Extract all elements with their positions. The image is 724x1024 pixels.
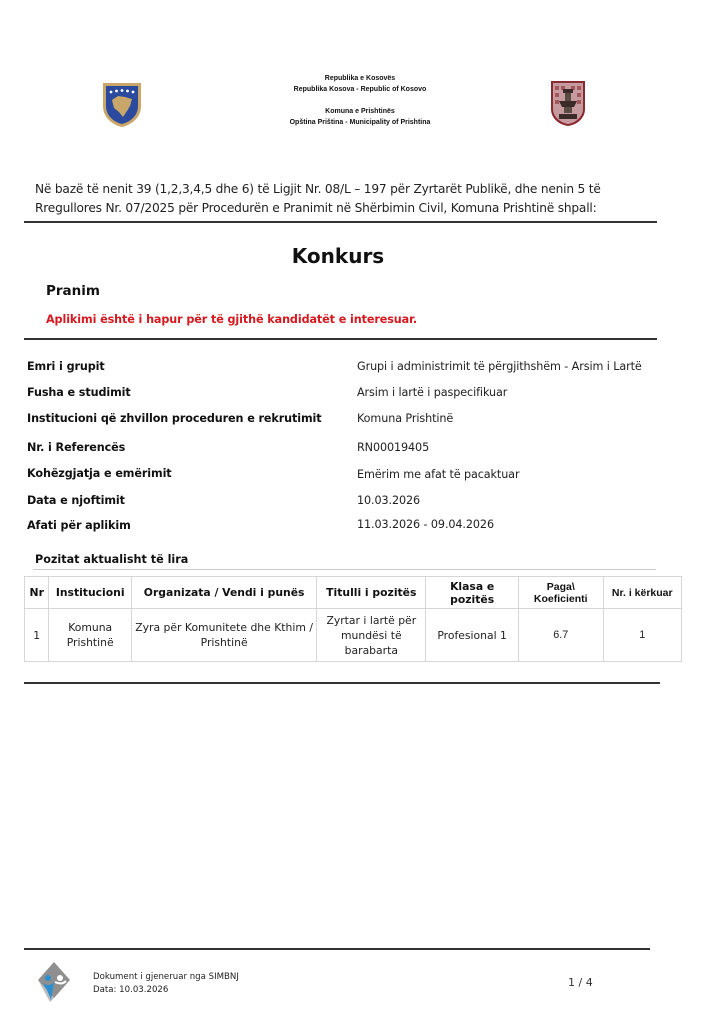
divider <box>33 569 656 570</box>
info-value-appointment-duration: Emërim me afat të pacaktuar <box>357 468 519 481</box>
info-label-application-deadline: Afati për aplikim <box>27 519 131 532</box>
cell-organization: Zyra për Komunitete dhe Kthim / Prishtin… <box>131 609 316 662</box>
column-header-required-count: Nr. i kërkuar <box>603 577 681 609</box>
info-label-appointment-duration: Kohëzgjatja e emërimit <box>27 467 172 480</box>
page-title: Konkurs <box>0 244 676 268</box>
column-header-salary-line2: Koeficienti <box>522 593 600 605</box>
cell-salary-coefficient: 6.7 <box>518 609 603 662</box>
footer-info: Dokument i gjeneruar nga SIMBNJ Data: 10… <box>93 971 239 997</box>
divider <box>24 682 660 684</box>
info-label-group-name: Emri i grupit <box>27 360 105 373</box>
simbnj-logo-icon <box>36 960 72 1004</box>
info-value-institution: Komuna Prishtinë <box>357 412 453 425</box>
info-value-announcement-date: 10.03.2026 <box>357 494 420 507</box>
divider <box>24 338 657 340</box>
document-header: Republika e Kosovës Republika Kosova - R… <box>230 74 490 128</box>
info-label-field-of-study: Fusha e studimit <box>27 386 131 399</box>
footer-date: Data: 10.03.2026 <box>93 984 239 997</box>
column-header-institution: Institucioni <box>49 577 132 609</box>
cell-position-title: Zyrtar i lartë për mundësi të barabarta <box>317 609 426 662</box>
info-label-announcement-date: Data e njoftimit <box>27 494 125 507</box>
table-header-row: Nr Institucioni Organizata / Vendi i pun… <box>25 577 682 609</box>
column-header-position-title: Titulli i pozitës <box>317 577 426 609</box>
positions-heading: Pozitat aktualisht të lira <box>35 553 188 566</box>
application-notice: Aplikimi është i hapur për të gjithë kan… <box>46 313 417 326</box>
column-header-salary-line1: Paga\ <box>522 581 600 593</box>
table-row: 1 Komuna Prishtinë Zyra për Komunitete d… <box>25 609 682 662</box>
header-line-republic: Republika e Kosovës <box>230 74 490 85</box>
cell-nr: 1 <box>25 609 49 662</box>
footer-generated-by: Dokument i gjeneruar nga SIMBNJ <box>93 971 239 984</box>
info-value-field-of-study: Arsim i lartë i paspecifikuar <box>357 386 507 399</box>
cell-position-class: Profesional 1 <box>426 609 519 662</box>
header-line-municipality: Komuna e Prishtinës <box>230 107 490 118</box>
legal-basis-text: Në bazë të nenit 39 (1,2,3,4,5 dhe 6) të… <box>35 180 660 218</box>
cell-required-count: 1 <box>603 609 681 662</box>
header-line-republic-translations: Republika Kosova - Republic of Kosovo <box>230 85 490 96</box>
header-line-municipality-translations: Opština Priština - Municipality of Prish… <box>230 118 490 129</box>
info-value-group-name: Grupi i administrimit të përgjithshëm - … <box>357 360 642 373</box>
info-value-application-deadline: 11.03.2026 - 09.04.2026 <box>357 518 494 531</box>
column-header-organization: Organizata / Vendi i punës <box>131 577 316 609</box>
prishtina-coat-of-arms-icon <box>549 79 587 127</box>
positions-table: Nr Institucioni Organizata / Vendi i pun… <box>24 576 682 662</box>
subtitle: Pranim <box>46 283 100 299</box>
cell-institution: Komuna Prishtinë <box>49 609 132 662</box>
page-number: 1 / 4 <box>568 976 593 989</box>
footer-divider <box>24 948 650 950</box>
info-label-institution: Institucioni që zhvillon proceduren e re… <box>27 412 322 425</box>
column-header-salary-coefficient: Paga\ Koeficienti <box>518 577 603 609</box>
column-header-nr: Nr <box>25 577 49 609</box>
info-label-reference-number: Nr. i Referencës <box>27 441 125 454</box>
divider <box>24 221 657 223</box>
column-header-position-class: Klasa e pozitës <box>426 577 519 609</box>
info-value-reference-number: RN00019405 <box>357 441 429 454</box>
kosovo-coat-of-arms-icon <box>100 80 144 128</box>
